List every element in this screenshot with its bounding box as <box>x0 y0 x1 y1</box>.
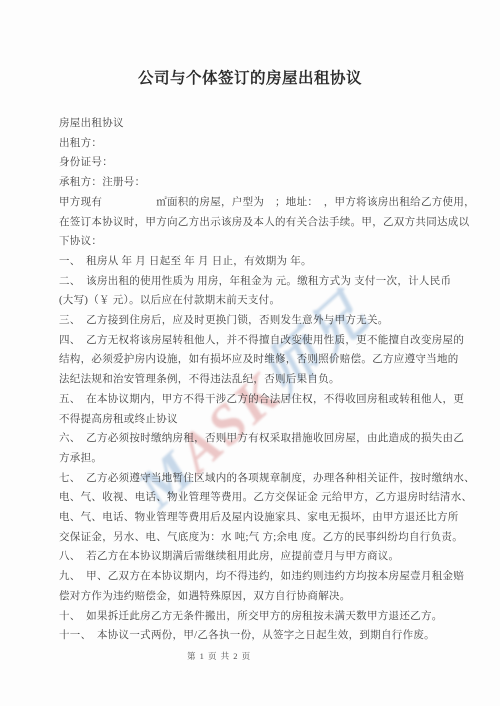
contract-line: 甲方现有 ㎡面积的房屋，户型为 ；地址： ，甲方将该房出租给乙方使用， <box>59 193 459 213</box>
contract-line: 不得提高房租或终止协议 <box>59 410 459 430</box>
contract-line: 四、 乙方无权将该房屋转租他人，并不得擅自改变使用性质，更不能擅自改变房屋的 <box>59 331 459 351</box>
contract-line: 九、 甲、乙双方在本协议期内，均不得违约，如违约则违约方均按本房屋壹月租金赔 <box>59 567 459 587</box>
document-body: 房屋出租协议 出租方： 身份证号： 承租方：注册号： 甲方现有 ㎡面积的房屋，户… <box>59 114 459 646</box>
contract-line: 承租方：注册号： <box>59 173 459 193</box>
contract-line: 十、 如果拆迁此房乙方无条件搬出，所交甲方的房租按未满天数甲方退还乙方。 <box>59 607 459 627</box>
contract-line: 二、 该房出租的使用性质为 用房，年租金为 元。缴租方式为 支付一次，计人民币 <box>59 272 459 292</box>
contract-line: 房屋出租协议 <box>59 114 459 134</box>
contract-line: 方承担。 <box>59 449 459 469</box>
contract-line: 一、 租房从 年 月 日起至 年 月 日止，有效期为 年。 <box>59 252 459 272</box>
contract-line: 结构，必须爱护房内设施，如有损坏应及时维修，否则照价赔偿。乙方应遵守当地的 <box>59 350 459 370</box>
contract-line: (大写)（￥ 元）。以后应在付款期末前天支付。 <box>59 291 459 311</box>
contract-line: 身份证号： <box>59 153 459 173</box>
contract-line: 在签订本协议时，甲方向乙方出示该房及本人的有关合法手续。甲，乙双方共同达成以 <box>59 213 459 233</box>
contract-line: 法纪法规和治安管理条例，不得违法乱纪，否则后果自负。 <box>59 370 459 390</box>
contract-line: 下协议： <box>59 232 459 252</box>
contract-line: 三、 乙方接到住房后，应及时更换门锁，否则发生意外与甲方无关。 <box>59 311 459 331</box>
contract-line: 电、气、电话、物业管理等费用后及屋内设施家具、家电无损坏，由甲方退还比方所 <box>59 508 459 528</box>
contract-line: 十一、 本协议一式两份，甲/乙各执一份，从签字之日起生效，到期自行作废。 <box>59 626 459 646</box>
document-title: 公司与个体签订的房屋出租协议 <box>0 66 500 88</box>
contract-line: 五、 在本协议期内，甲方不得干涉乙方的合法居住权，不得收回房租或转租他人，更 <box>59 390 459 410</box>
contract-line: 电、气、收视、电话、物业管理等费用。乙方交保证金 元给甲方，乙方退房时结清水、 <box>59 488 459 508</box>
contract-line: 七、 乙方必须遵守当地暂住区域内的各项规章制度，办理各种相关证件，按时缴纳水、 <box>59 469 459 489</box>
document-page: MASK师兄 公司与个体签订的房屋出租协议 房屋出租协议 出租方： 身份证号： … <box>0 0 500 706</box>
contract-line: 八、 若乙方在本协议期满后需继续租用此房，应提前壹月与甲方商议。 <box>59 547 459 567</box>
contract-line: 出租方： <box>59 134 459 154</box>
page-number-indicator: 第 1 页 共 2 页 <box>187 650 251 662</box>
contract-line: 偿对方作为违约赔偿金，如遇特殊原因，双方自行协商解决。 <box>59 587 459 607</box>
contract-line: 六、 乙方必须按时缴纳房租，否则甲方有权采取措施收回房屋，由此造成的损失由乙 <box>59 429 459 449</box>
contract-line: 交保证金，另水、电、气底度为：水 吨;气 方;余电 度。乙方的民事纠纷均自行负责… <box>59 528 459 548</box>
